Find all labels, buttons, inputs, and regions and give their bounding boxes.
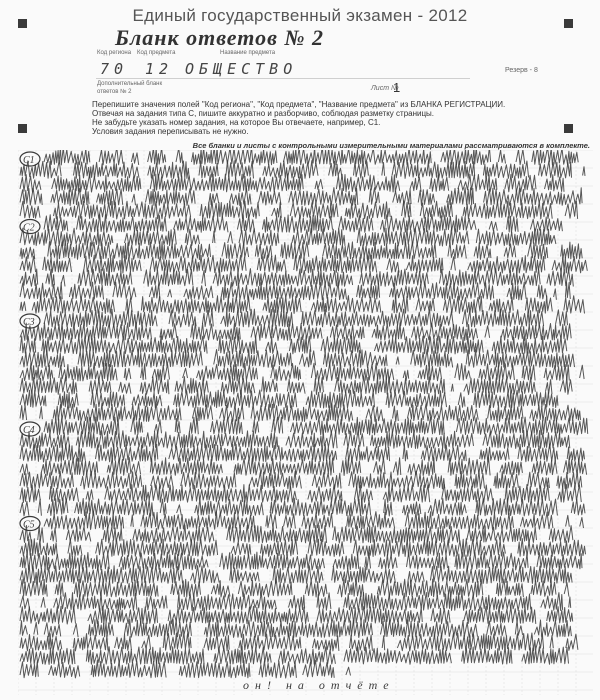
form-title: Бланк ответов № 2 <box>115 25 324 51</box>
task-marker-label: С3 <box>23 317 35 328</box>
instructions: Перепишите значения полей "Код региона",… <box>92 100 505 136</box>
task-marker-label: С5 <box>23 520 35 531</box>
task-marker-label: С2 <box>23 223 35 234</box>
subject-name-value: ОБЩЕСТВО <box>185 60 297 78</box>
instruction-line: Отвечая на задания типа С, пишите аккура… <box>92 109 505 118</box>
subject-code-label: Код предмета <box>137 50 175 56</box>
handwriting-line <box>20 660 351 678</box>
completeness-note: Все бланки и листы с контрольными измери… <box>193 141 590 150</box>
handwriting-line <box>20 282 570 300</box>
handwriting-line <box>20 458 587 476</box>
handwriting-line <box>20 566 572 584</box>
handwriting-line <box>20 404 593 422</box>
answer-sheet: Единый государственный экзамен - 2012 Бл… <box>0 0 600 700</box>
region-code-label: Код региона <box>97 50 131 56</box>
subject-name-label: Название предмета <box>220 50 275 56</box>
handwritten-answers-area: С1С2С3С4С5он! на отчёте <box>18 150 593 695</box>
region-code-value: 70 <box>100 60 128 78</box>
exam-title: Единый государственный экзамен - 2012 <box>0 6 600 26</box>
instruction-line: Условия задания переписывать не нужно. <box>92 127 505 136</box>
handwriting-line <box>20 174 575 192</box>
instruction-line: Перепишите значения полей "Код региона",… <box>92 100 505 109</box>
handwriting-line <box>20 336 567 354</box>
task-marker-label: С1 <box>23 155 35 166</box>
sheet-number-value: 1 <box>393 80 400 95</box>
reserve-label: Резерв - 8 <box>505 67 538 74</box>
final-handwriting-fragment: он! на отчёте <box>243 678 395 692</box>
extra-form-label: Дополнительный бланк ответов № 2 <box>97 80 167 96</box>
handwriting-line <box>20 498 585 516</box>
handwriting-line <box>20 620 571 638</box>
corner-marker-mid-right <box>564 124 573 133</box>
subject-code-value: 12 <box>145 60 173 78</box>
handwriting-line <box>20 296 593 314</box>
corner-marker-mid-left <box>18 124 27 133</box>
subject-name-underline <box>96 78 470 79</box>
handwriting-line <box>20 242 582 260</box>
instruction-line: Не забудьте указать номер задания, на ко… <box>92 118 505 127</box>
handwriting-line <box>20 552 582 570</box>
